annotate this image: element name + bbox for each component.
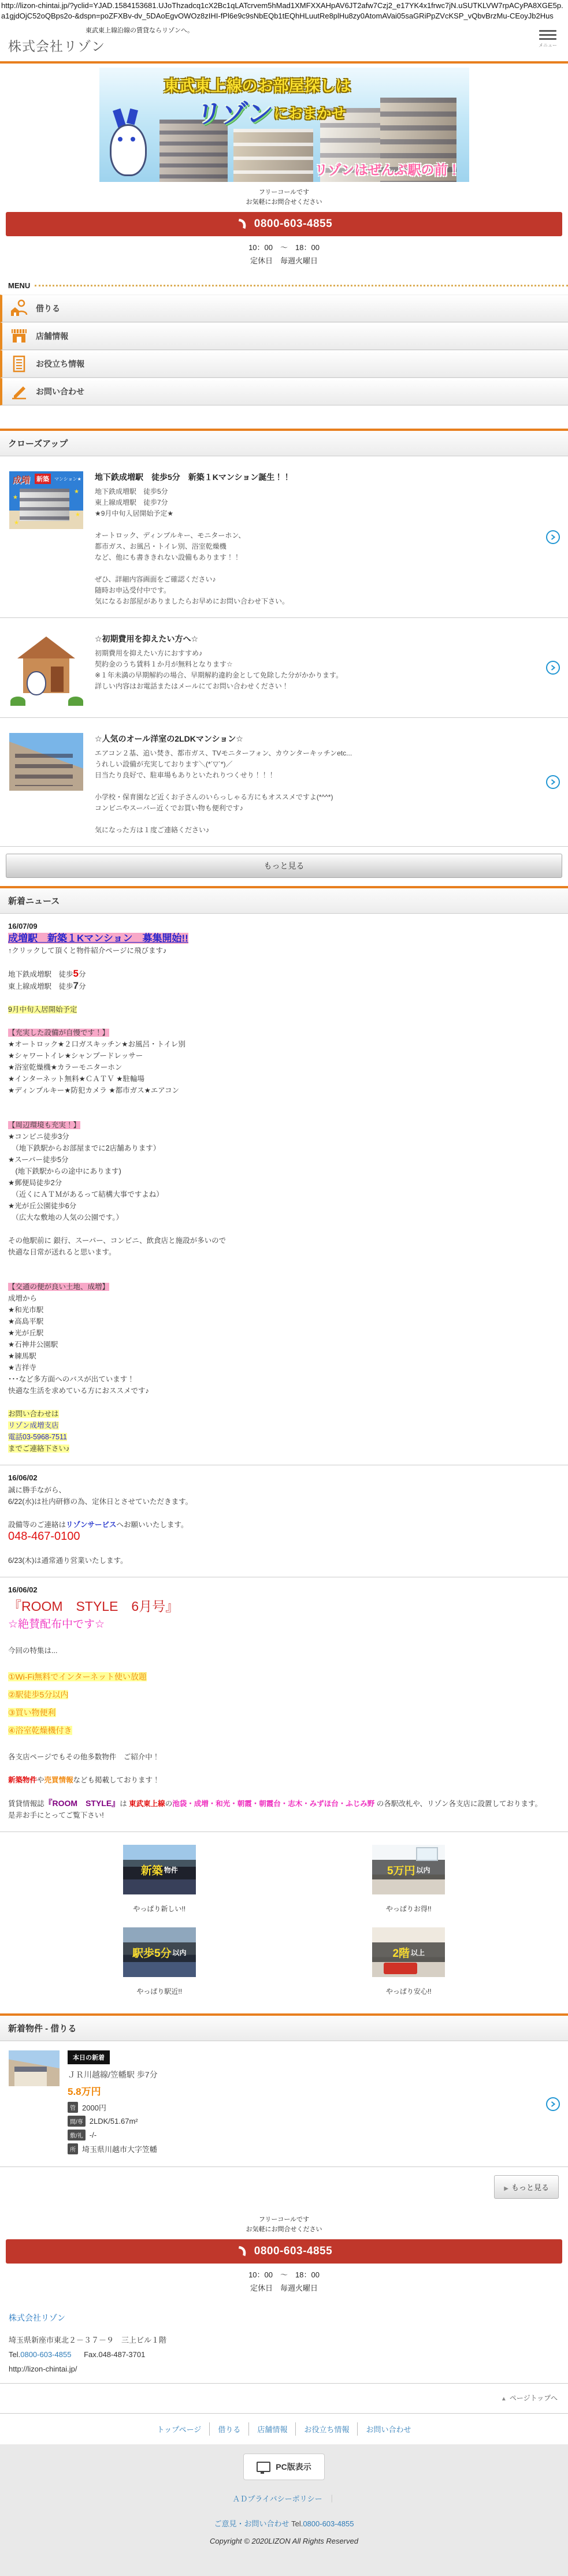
hamburger-icon xyxy=(539,30,556,32)
chevron-right-icon[interactable] xyxy=(546,2097,560,2111)
contact-pen-icon xyxy=(9,382,29,401)
category-band-text: 5万円 xyxy=(387,1862,415,1878)
menu-item-label: 店舗情報 xyxy=(36,330,68,342)
category-band-text: 駅歩5分 xyxy=(132,1945,172,1960)
news-line: ★コンビニ徒歩3分 xyxy=(8,1131,560,1142)
category-grid: 新築 物件 やっぱり新しい!! 5万円 以内 やっぱりお得!! 駅歩5分 以内 xyxy=(0,1832,568,2013)
category-caption: やっぱり新しい!! xyxy=(35,1904,284,1914)
news-property-link[interactable]: 成増駅 新築１Kマンション 募集開始!! xyxy=(8,933,188,944)
company-info: 株式会社リゾン 埼玉県新座市東北２－３７－９ 三上ビル１階 Tel.0800-6… xyxy=(0,2302,568,2383)
closeup-section-header: クローズアップ xyxy=(0,429,568,456)
new-house-photo: 新築 物件 xyxy=(123,1845,196,1894)
rent-person-house-icon xyxy=(9,299,29,318)
text-line: 東上線成増駅 徒歩7分 xyxy=(95,497,543,508)
news-line: ④浴室乾燥機付き xyxy=(8,1722,560,1740)
text-line: ★9月中旬入居開始予定★ xyxy=(95,508,543,519)
news-line: ★スーパー徒歩5分 xyxy=(8,1154,560,1166)
document-icon xyxy=(9,354,29,374)
menu-item-contact[interactable]: お問い合わせ xyxy=(0,378,568,405)
building-photo xyxy=(233,129,313,182)
privacy-policy-link[interactable]: ＡＤプライバシーポリシー xyxy=(232,2495,322,2503)
text-line xyxy=(95,519,543,530)
property-photo xyxy=(9,2050,60,2086)
category-caption: やっぱり安心!! xyxy=(284,1986,534,1996)
news-line: 6/22(水)は社内研修の為、定休日とさせていただきます。 xyxy=(8,1496,560,1507)
menu-header: MENU xyxy=(0,281,568,290)
news-line xyxy=(8,1633,560,1645)
news-date: 16/06/02 xyxy=(8,1585,560,1594)
closeup-item-title: 地下鉄成増駅 徒歩5分 新築１Kマンション誕生！！ xyxy=(95,471,543,483)
footer: PC版表示 ＡＤプライバシーポリシー｜ ご意見・お問い合わせ Tel.0800-… xyxy=(0,2444,568,2576)
news-line: ★吉祥寺 xyxy=(8,1362,560,1373)
closed-day: 定休日 毎週火曜日 xyxy=(0,254,568,267)
menu-item-label: お問い合わせ xyxy=(36,386,84,397)
news-date: 16/06/02 xyxy=(8,1473,560,1482)
news-line: 成増から xyxy=(8,1293,560,1304)
shop-icon xyxy=(9,326,29,346)
closeup-item-3[interactable]: ☆人気のオール洋室の2LDKマンション☆ エアコン２基、追い焚き、都市ガス、TV… xyxy=(0,718,568,847)
news-line: 賃貸情報誌『ROOM STYLE』は 東武東上線の池袋・成増・和光・朝霞・朝霞台… xyxy=(8,1797,560,1810)
phone-icon xyxy=(236,2245,248,2258)
chevron-right-icon[interactable] xyxy=(546,661,560,675)
news-entry-3: 16/06/02 『ROOM STYLE 6月号』☆絶賛配布中です☆ 今回の特集… xyxy=(0,1577,568,1832)
news-line: 電話03-5968-7511 xyxy=(8,1431,560,1443)
listings-section-header: 新着物件 - 借りる xyxy=(0,2013,568,2041)
news-line xyxy=(8,1507,560,1519)
news-line: 設備等のご連絡はリゾンサービスへお願いいたします。 xyxy=(8,1519,560,1531)
footer-nav-useful-info[interactable]: お役立ち情報 xyxy=(295,2422,357,2436)
triangle-up-icon: ▲ xyxy=(501,2396,507,2402)
phone-note-2: お気軽にお問合せください xyxy=(0,198,568,207)
phone-note-1: フリーコールです xyxy=(0,2215,568,2225)
text-line: ぜひ、詳細内容画面をご確認ください♪ xyxy=(95,574,543,585)
business-hours: 10：00 ～ 18：00 xyxy=(0,2268,568,2281)
text-line: 小学校・保育園など近くお子さんのいらっしゃる方にもオススメですよ(*^^*) xyxy=(95,792,543,803)
pc-version-button[interactable]: PC版表示 xyxy=(243,2454,324,2480)
news-date: 16/07/09 xyxy=(8,922,560,930)
news-line xyxy=(8,1223,560,1235)
company-fax: Fax.048-487-3701 xyxy=(84,2350,145,2359)
property-row-kanri: 管 2000円 xyxy=(68,2102,158,2113)
property-row-address: 所 埼玉県川越市大字笠幡 xyxy=(68,2143,158,2154)
news-line: ★浴室乾燥機★カラーモニターホン xyxy=(8,1062,560,1073)
text-line: 気になるお部屋がありましたらお早めにお問い合わせ下さい。 xyxy=(95,596,543,607)
text-line xyxy=(95,563,543,574)
apartment-photo xyxy=(9,733,83,791)
mascot-character xyxy=(109,109,149,177)
property-price: 5.8万円 xyxy=(68,2083,158,2098)
chevron-right-icon[interactable] xyxy=(546,775,560,789)
hero-banner-wrap: 東武東上線のお部屋探しは リゾン におまかせ リゾンはぜんぶ駅の前！ xyxy=(0,64,568,184)
news-line xyxy=(8,956,560,968)
news-line xyxy=(8,1786,560,1797)
bright-room-photo: 5万円 以内 xyxy=(372,1845,445,1894)
category-caption: やっぱり駅近!! xyxy=(35,1986,284,1996)
news-line: その他駅前に 銀行、スーパー、コンビニ、飲食店と施設が多いので xyxy=(8,1235,560,1246)
news-line: ★高島平駅 xyxy=(8,1316,560,1327)
text-line: 日当たり良好で、駐車場もありといたれりつくせり！！！ xyxy=(95,770,543,781)
news-line: ★練馬駅 xyxy=(8,1350,560,1362)
narimasu-new-mansion-illustration: 成増新築マンション★ ★ ★ ★ ★ xyxy=(9,471,83,529)
news-line: 快適な生活を求めている方におススメです♪ xyxy=(8,1385,560,1397)
news-line: 成増駅 新築１Kマンション 募集開始!! xyxy=(8,933,560,945)
banner-headline-2: におまかせ xyxy=(274,102,346,123)
closeup-item-title: ☆初期費用を抑えたい方へ☆ xyxy=(95,633,543,645)
news-line: ★郵便局徒歩2分 xyxy=(8,1177,560,1189)
closeup-item-title: ☆人気のオール洋室の2LDKマンション☆ xyxy=(95,733,543,744)
page-url-text: http://lizon-chintai.jp/?yclid=YJAD.1584… xyxy=(0,0,568,22)
news-line: 今回の特集は... xyxy=(8,1645,560,1656)
text-line: ※１年未満の早期解約の場合、早期解約違約金として免除した分がかかります。 xyxy=(95,670,543,681)
closeup-item-1[interactable]: 成増新築マンション★ ★ ★ ★ ★ 地下鉄成増駅 徒歩5分 新築１Kマンション… xyxy=(0,456,568,618)
menu-section: MENU 借りる 店舗情報 xyxy=(0,281,568,405)
property-row-shikirei: 敷/礼 -/- xyxy=(68,2130,158,2141)
phone-note-1: フリーコールです xyxy=(0,188,568,198)
site-header: 東武東上線沿線の賃貸ならリゾンへ。 株式会社リゾン メニュー xyxy=(0,22,568,58)
text-line: 初期費用を抑えたい方におすすめ♪ xyxy=(95,648,543,659)
text-line: 気になった方は１度ご連絡ください♪ xyxy=(95,825,543,836)
news-line: 快適な日常が送れると思います。 xyxy=(8,1246,560,1258)
news-body: 『ROOM STYLE 6月号』☆絶賛配布中です☆ 今回の特集は... ①Wi-… xyxy=(8,1596,560,1821)
news-entry-1: 16/07/09 成増駅 新築１Kマンション 募集開始!!↑クリックして頂くと物… xyxy=(0,914,568,1465)
triangle-right-icon: ▶ xyxy=(504,2186,508,2192)
category-band-text: 新築 xyxy=(141,1862,163,1878)
company-tel-fax: Tel.0800-603-4855 Fax.048-487-3701 xyxy=(9,2347,559,2362)
menu-dotted-line xyxy=(35,285,568,286)
news-line: 是非お手にとってご覧下さい! xyxy=(8,1810,560,1821)
hero-banner[interactable]: 東武東上線のお部屋探しは リゾン におまかせ リゾンはぜんぶ駅の前！ xyxy=(99,68,469,182)
company-address: 埼玉県新座市東北２－３７－９ 三上ビル１階 xyxy=(9,2333,559,2347)
category-band-text: 2階 xyxy=(392,1945,410,1960)
phone-block-top: フリーコールです お気軽にお問合せください 0800-603-4855 10：0… xyxy=(0,184,568,274)
text-line: など、他にも書ききれない設備もあります！！ xyxy=(95,552,543,563)
news-line: (地下鉄駅からの途中にあります) xyxy=(8,1166,560,1177)
news-line: 9月中旬入居開始予定 xyxy=(8,1004,560,1015)
footer-nav-rent[interactable]: 借りる xyxy=(209,2422,248,2436)
new-today-badge: 本日の新着 xyxy=(68,2050,110,2064)
page-top-link[interactable]: ▲ページトップへ xyxy=(0,2384,568,2413)
text-line: 都市ガス、お風呂・トイレ別、浴室乾燥機 xyxy=(95,541,543,552)
news-line xyxy=(8,1108,560,1119)
text-line: オートロック、ディンプルキー、モニターホン、 xyxy=(95,530,543,541)
closeup-item-2[interactable]: ☆初期費用を抑えたい方へ☆ 初期費用を抑えたい方におすすめ♪契約金のうち賃料１か… xyxy=(0,618,568,718)
property-row-madori: 間/専 2LDK/51.67m² xyxy=(68,2116,158,2127)
red-sofa-room-photo: 2階 以上 xyxy=(372,1927,445,1977)
text-line: 詳しい内容はお電話またはメールにてお問い合わせください！ xyxy=(95,681,543,692)
news-line: ②駅徒歩5分以内 xyxy=(8,1686,560,1704)
news-line: （地下鉄駅からお部屋までに2店舗あります） xyxy=(8,1142,560,1154)
news-line: 6/23(木)は通常通り営業いたします。 xyxy=(8,1555,560,1566)
text-line: 随時お申込受付中です。 xyxy=(95,585,543,596)
news-line xyxy=(8,1270,560,1281)
news-line xyxy=(8,1740,560,1751)
news-line: 『ROOM STYLE 6月号』 xyxy=(8,1596,560,1616)
news-section-header: 新着ニュース xyxy=(0,886,568,914)
text-line xyxy=(95,781,543,792)
menu-title: MENU xyxy=(8,281,30,290)
business-hours: 10：00 ～ 18：00 xyxy=(0,241,568,254)
news-line: 各支店ページでもその他多数物件 ご紹介中！ xyxy=(8,1751,560,1763)
banner-slogan: リゾンはぜんぶ駅の前！ xyxy=(315,159,461,178)
news-line: 誠に勝手ながら、 xyxy=(8,1484,560,1496)
news-line: 【周辺環境も充実！】 xyxy=(8,1119,560,1131)
text-line: 契約金のうち賃料１か月が無料となります☆ xyxy=(95,659,543,670)
footer-nav-contact[interactable]: お問い合わせ xyxy=(357,2422,419,2436)
text-line: 地下鉄成増駅 徒歩5分 xyxy=(95,486,543,497)
footer-contact-tel[interactable]: 0800-603-4855 xyxy=(303,2519,354,2528)
news-line xyxy=(8,992,560,1004)
closeup-item-body: エアコン２基、追い焚き、都市ガス、TVモニターフォン、カウンターキッチンetc.… xyxy=(95,748,543,836)
call-button[interactable]: 0800-603-4855 xyxy=(6,212,562,236)
text-line: うれしい設備が充実しております＼(*´▽`*)／ xyxy=(95,759,543,770)
copyright: Copyright © 2020LIZON All Rights Reserve… xyxy=(0,2537,568,2545)
news-line: ★光が丘公園徒歩6分 xyxy=(8,1200,560,1212)
news-line xyxy=(8,1258,560,1270)
phone-note-2: お気軽にお問合せください xyxy=(0,2225,568,2235)
news-line: 東上線成増駅 徒歩7分 xyxy=(8,980,560,992)
news-line: ★光が丘駅 xyxy=(8,1327,560,1339)
news-line: ☆絶賛配布中です☆ xyxy=(8,1616,560,1633)
menu-item-useful-info[interactable]: お役立ち情報 xyxy=(0,350,568,378)
site-logo[interactable]: 株式会社リゾン xyxy=(8,36,105,55)
page: http://lizon-chintai.jp/?yclid=YJAD.1584… xyxy=(0,0,568,2576)
news-line: ★シャワートイレ★シャンプードレッサー xyxy=(8,1050,560,1062)
closeup-item-body: 初期費用を抑えたい方におすすめ♪契約金のうち賃料１か月が無料となります☆※１年未… xyxy=(95,648,543,692)
news-line xyxy=(8,1656,560,1668)
house-mascot-illustration xyxy=(9,633,83,707)
monitor-icon xyxy=(257,2462,270,2472)
news-line: 048-467-0100 xyxy=(8,1531,560,1543)
news-body: 誠に勝手ながら、6/22(水)は社内研修の為、定休日とさせていただきます。 設備… xyxy=(8,1484,560,1566)
news-line xyxy=(8,1543,560,1555)
category-caption: やっぱりお得!! xyxy=(284,1904,534,1914)
news-line: （近くにＡＴＭがあるって結構大事ですよね） xyxy=(8,1189,560,1200)
news-line: リゾン成増支店 xyxy=(8,1420,560,1431)
footer-nav-shop-info[interactable]: 店舗情報 xyxy=(248,2422,295,2436)
news-line: （広大な敷地の人気の公園です。） xyxy=(8,1212,560,1223)
company-url: http://lizon-chintai.jp/ xyxy=(9,2362,559,2376)
company-tel-link[interactable]: 0800-603-4855 xyxy=(20,2350,71,2359)
hamburger-menu-button[interactable]: メニュー xyxy=(538,28,558,49)
news-line: 【交通の便が良い土地、成増】 xyxy=(8,1281,560,1293)
phone-icon xyxy=(236,218,248,230)
news-line: ･･･など多方面へのバスが出ています！ xyxy=(8,1373,560,1385)
property-listing-card[interactable]: 本日の新着 ＪＲ川越線/笠幡駅 歩7分 5.8万円 管 2000円 間/専 2L… xyxy=(0,2041,568,2167)
closeup-more-button[interactable]: もっと見る xyxy=(6,854,562,878)
listings-more-button[interactable]: ▶もっと見る xyxy=(494,2175,559,2199)
menu-item-rent[interactable]: 借りる xyxy=(0,295,568,322)
news-line: 【充実した設備が自慢です！】 xyxy=(8,1027,560,1038)
news-body: 成増駅 新築１Kマンション 募集開始!!↑クリックして頂くと物件紹介ページに飛び… xyxy=(8,933,560,1454)
company-name-link[interactable]: 株式会社リゾン xyxy=(9,2312,559,2324)
closed-day: 定休日 毎週火曜日 xyxy=(0,2281,568,2295)
news-line: ★オートロック★２口ガスキッチン★お風呂・トイレ別 xyxy=(8,1038,560,1050)
closeup-item-body: 地下鉄成増駅 徒歩5分東上線成増駅 徒歩7分★9月中旬入居開始予定★ オートロッ… xyxy=(95,486,543,607)
text-line: コンビニやスーパー近くでお買い物も便利です♪ xyxy=(95,803,543,814)
footer-nav-top[interactable]: トップページ xyxy=(149,2422,210,2436)
property-station: ＪＲ川越線/笠幡駅 歩7分 xyxy=(68,2069,158,2080)
news-line: お問い合わせは xyxy=(8,1408,560,1420)
news-line xyxy=(8,1397,560,1408)
news-line: ★インターネット無料★ＣＡＴＶ ★駐輪場 xyxy=(8,1073,560,1085)
news-line: ★石神井公園駅 xyxy=(8,1339,560,1350)
news-entry-2: 16/06/02 誠に勝手ながら、6/22(水)は社内研修の為、定休日とさせてい… xyxy=(0,1465,568,1577)
category-card-new[interactable]: 新築 物件 やっぱり新しい!! xyxy=(35,1845,284,1914)
footer-contact-link[interactable]: ご意見・お問い合わせ xyxy=(214,2519,289,2528)
news-line: ★ディンプルキー★防犯カメラ ★都市ガス★エアコン xyxy=(8,1085,560,1096)
menu-item-label: お役立ち情報 xyxy=(36,358,84,370)
news-line: ①Wi-Fi無料でインターネット使い放題 xyxy=(8,1668,560,1686)
news-line xyxy=(8,1763,560,1774)
news-line xyxy=(8,1096,560,1108)
news-line: 地下鉄成増駅 徒歩5分 xyxy=(8,968,560,980)
site-tagline: 東武東上線沿線の賃貸ならリゾンへ。 xyxy=(86,25,194,35)
chevron-right-icon[interactable] xyxy=(546,530,560,544)
hamburger-label: メニュー xyxy=(538,42,558,49)
call-button[interactable]: 0800-603-4855 xyxy=(6,2239,562,2264)
phone-number: 0800-603-4855 xyxy=(254,2245,332,2258)
news-line: までご連絡下さい♪ xyxy=(8,1443,560,1454)
menu-item-label: 借りる xyxy=(36,303,60,314)
category-card-under-50k[interactable]: 5万円 以内 やっぱりお得!! xyxy=(284,1845,534,1914)
news-line: ↑クリックして頂くと物件紹介ページに飛びます♪ xyxy=(8,945,560,956)
news-line: ③買い物便利 xyxy=(8,1704,560,1722)
footer-nav: トップページ 借りる 店舗情報 お役立ち情報 お問い合わせ xyxy=(0,2413,568,2444)
phone-number: 0800-603-4855 xyxy=(254,218,332,230)
banner-brand: リゾン xyxy=(194,93,275,130)
category-card-near-station[interactable]: 駅歩5分 以内 やっぱり駅近!! xyxy=(35,1927,284,1996)
street-photo: 駅歩5分 以内 xyxy=(123,1927,196,1977)
category-card-2nd-floor[interactable]: 2階 以上 やっぱり安心!! xyxy=(284,1927,534,1996)
phone-block-bottom: フリーコールです お気軽にお問合せください 0800-603-4855 10：0… xyxy=(0,2212,568,2302)
news-line: ★和光市駅 xyxy=(8,1304,560,1316)
text-line xyxy=(95,814,543,825)
separator: ｜ xyxy=(328,2495,336,2503)
menu-item-shop-info[interactable]: 店舗情報 xyxy=(0,322,568,350)
text-line: エアコン２基、追い焚き、都市ガス、TVモニターフォン、カウンターキッチンetc.… xyxy=(95,748,543,759)
news-line xyxy=(8,1015,560,1027)
news-line: 新築物件や売買情報なども掲載しております！ xyxy=(8,1774,560,1786)
